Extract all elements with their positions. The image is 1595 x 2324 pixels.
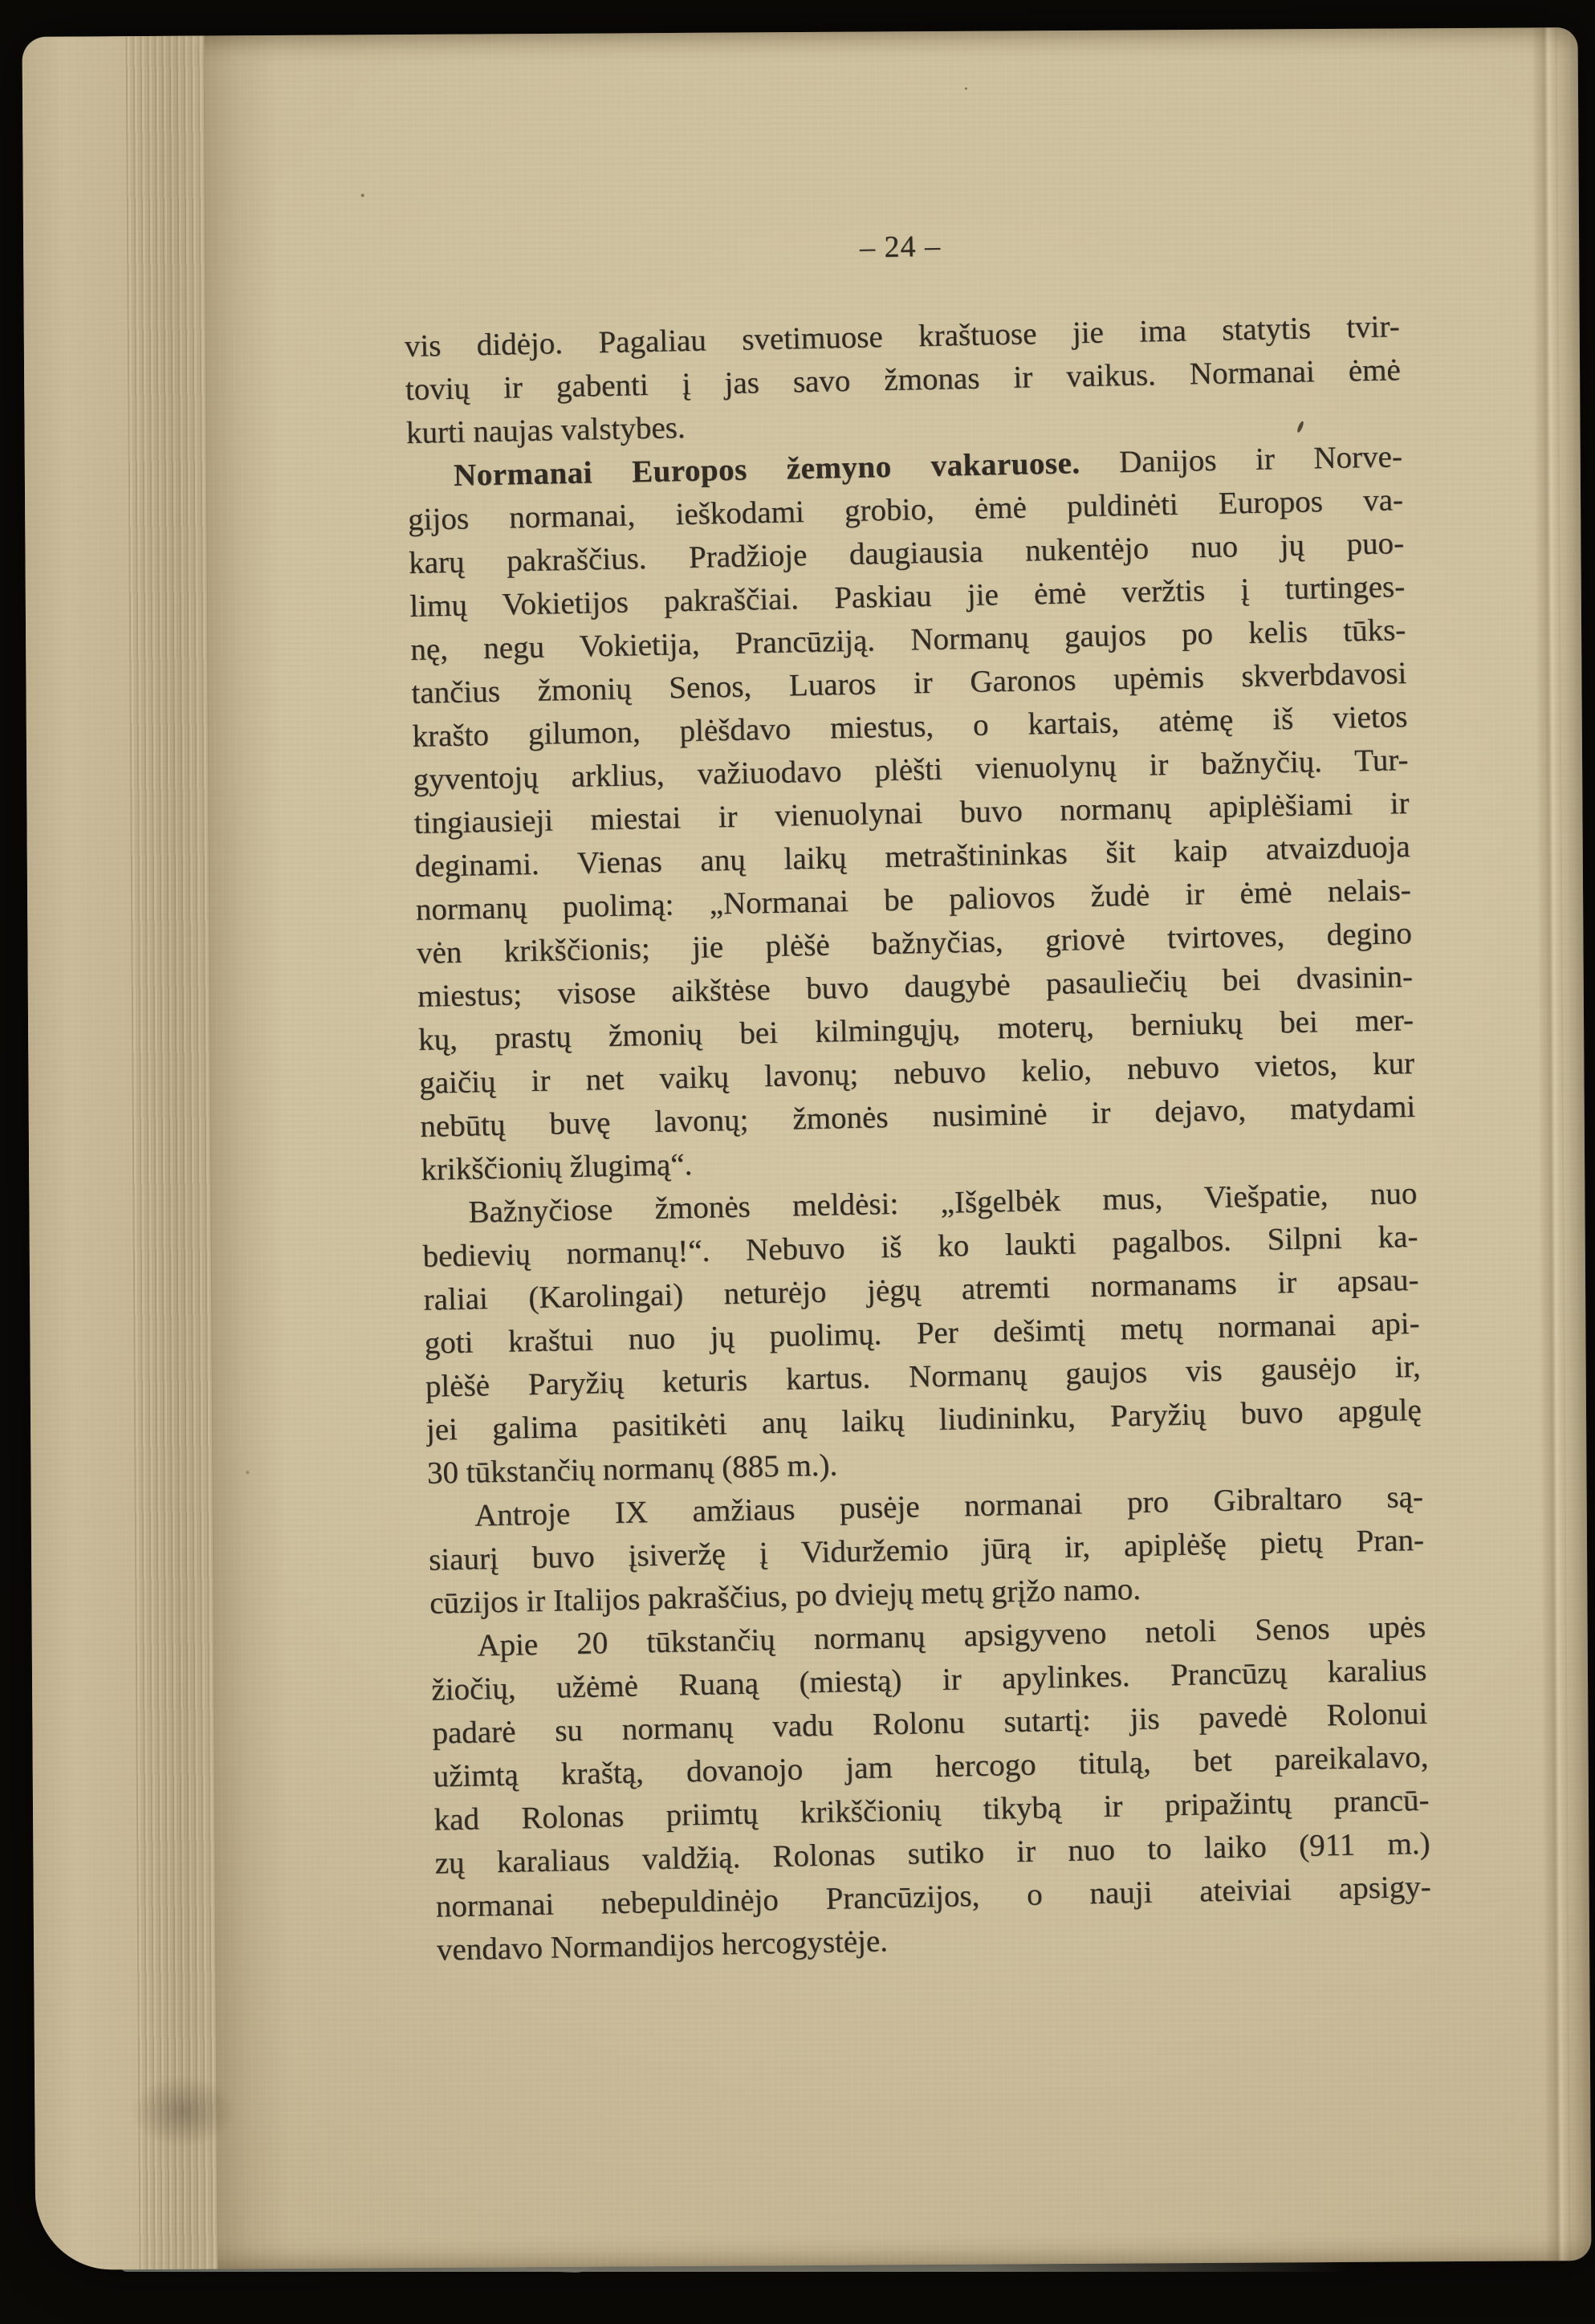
book-page: – 24 – vis didėjo. Pagaliau svetimuose k… [22,27,1592,2270]
text-block: – 24 – vis didėjo. Pagaliau svetimuose k… [402,215,1432,1972]
paper-speck [965,88,967,90]
book-block-edge [22,36,141,2270]
paper-smudge [131,2074,236,2147]
body-text: vis didėjo. Pagaliau svetimuose kraštuos… [404,305,1432,1972]
paragraph: Apie 20 tūkstančių normanų apsigyveno ne… [430,1606,1432,1972]
paragraph: Bažnyčiose žmonės meldėsi: „Išgelbėk mus… [421,1172,1422,1496]
gutter-shadow [204,35,291,2269]
paragraph: vis didėjo. Pagaliau svetimuose kraštuos… [404,305,1402,455]
paragraph: Normanai Europos žemyno vakaruose. Danij… [407,435,1417,1192]
right-fold-crease [1531,27,1570,2261]
section-heading-run: Normanai Europos žemyno vakaruose. [454,446,1080,493]
scanned-book-photo: – 24 – vis didėjo. Pagaliau svetimuose k… [0,0,1595,2324]
page-number: – 24 – [402,215,1398,279]
paper-speck [246,1471,249,1474]
paragraph: Antroje IX amžiaus pusėje normanai pro G… [428,1475,1426,1626]
paper-speck [361,193,364,197]
page-edge-stack [126,36,218,2270]
